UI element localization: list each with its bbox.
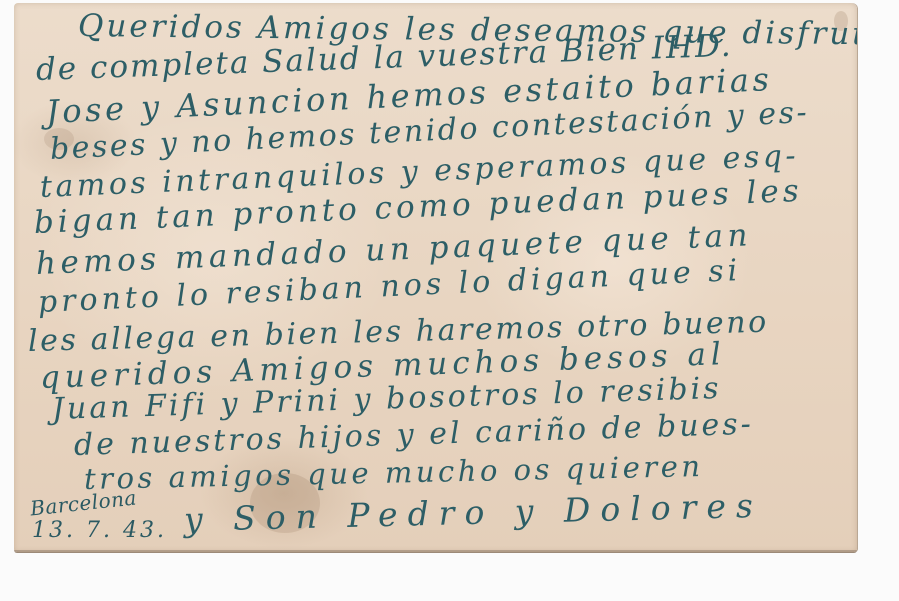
- scanned-postcard: Queridos Amigos les deseamos que disfrut…: [0, 0, 899, 601]
- letter-date: 13. 7. 43.: [32, 520, 167, 542]
- postcard-card: Queridos Amigos les deseamos que disfrut…: [14, 3, 857, 552]
- place-name: Barcelona: [29, 487, 137, 518]
